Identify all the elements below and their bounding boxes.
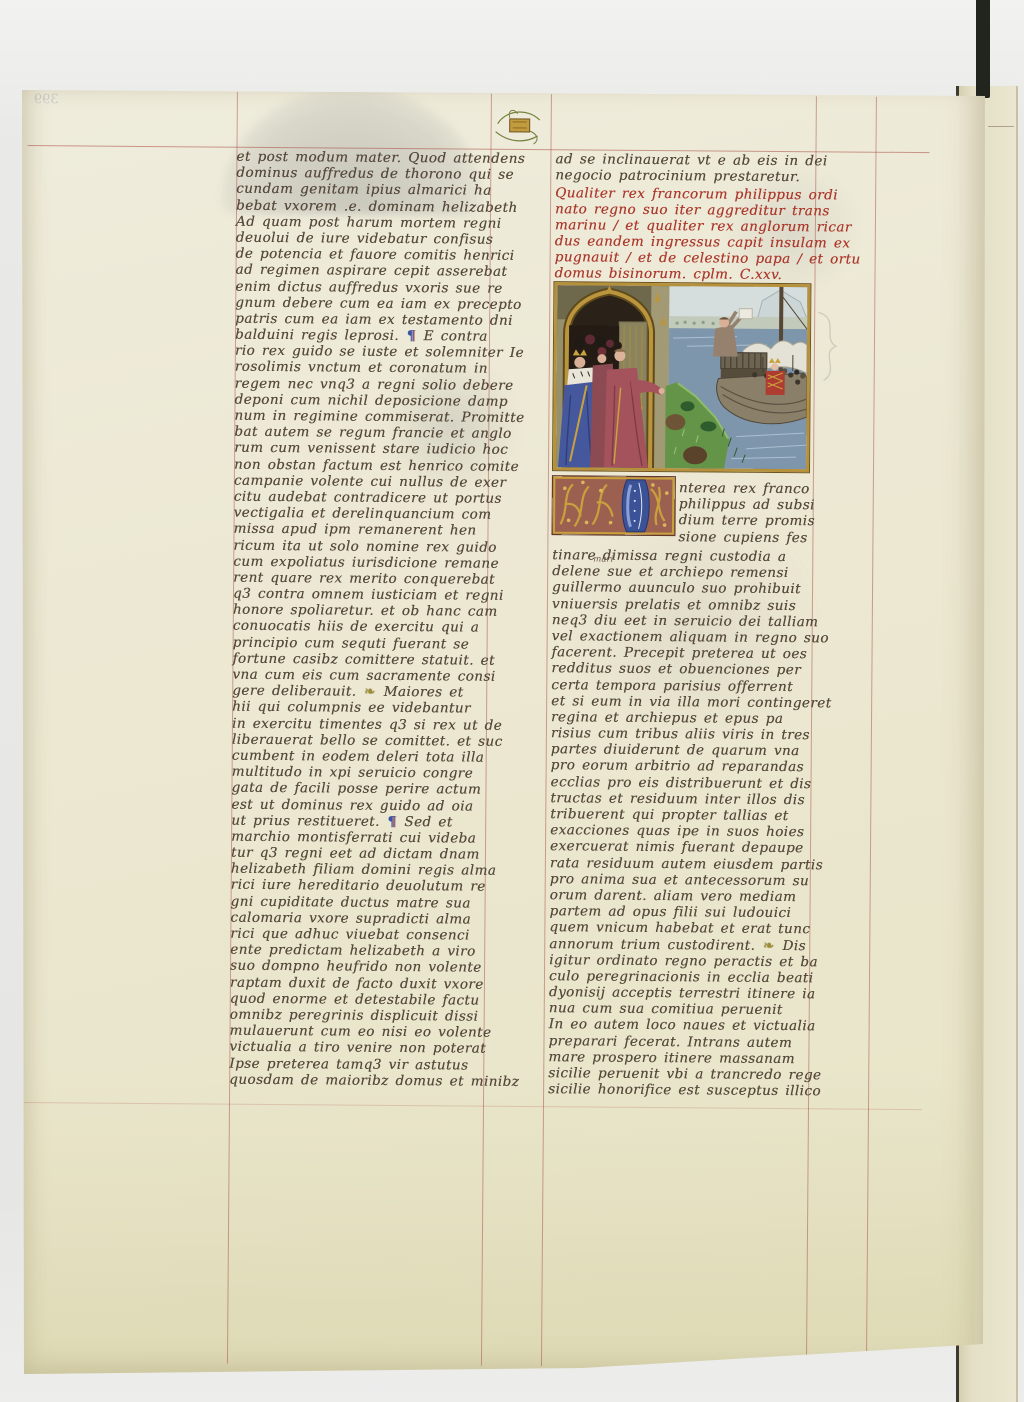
text-line: gni cupiditate ductus matre sua — [231, 893, 521, 911]
text-line: nterea rex franco — [679, 480, 815, 497]
text-beside-initial: nterea rex francophilippus ad subsidium … — [678, 480, 815, 546]
text-line: non obstan factum est henrico comite — [234, 456, 524, 474]
text-line: ricum ita ut solo nomine rex guido — [233, 537, 523, 555]
text-line: regem nec vnq3 a regni solio debere — [235, 375, 525, 393]
text-line: rum cum venissent stare iudicio hoc — [234, 440, 524, 458]
text-line: annorum trium custodirent. ❧ Dis — [549, 936, 829, 954]
text-line: quosdam de maioribz domus et minibz — [229, 1071, 519, 1089]
page-content: 399 — [12, 84, 985, 1384]
text-line: domus bisinorum. cplm. C.xxv. — [554, 265, 860, 283]
text-line: victualia a tiro venire non poterat — [229, 1039, 519, 1057]
decorated-initial-I: I — [552, 476, 674, 535]
ruling-vertical-margin — [866, 97, 877, 1369]
text-line: gata de facili posse perire actum — [231, 780, 521, 798]
parchment-tint — [12, 1064, 977, 1382]
text-line: guillermo auunculo suo prohibuit — [552, 580, 832, 598]
text-line: vniuersis prelatis et omnibz suis — [552, 596, 832, 614]
text-line: raptam duxit de facto duxit vxore — [230, 974, 520, 992]
text-line: certa tempora parisius offerrent — [551, 677, 831, 695]
text-line: conuocatis hiis de exercitu qui a — [233, 618, 523, 636]
text-line: ecclias pro eis distribuerunt et dis — [550, 774, 830, 792]
text-line: rosolimis vnctum et coronatum in — [235, 359, 525, 377]
text-line: In eo autem loco naues et victualia — [549, 1017, 829, 1035]
ruling-horizontal-bottom — [24, 1102, 922, 1110]
capitulum-mark: ¶ — [406, 328, 417, 344]
text-column-right-body: tinare dimissa regni custodia adelene su… — [548, 547, 833, 1100]
chapter-rubric: Qualiter rex francorum philippus ordinat… — [554, 185, 861, 283]
margin-flourish — [812, 308, 849, 382]
text-line: redditus suos et obuenciones per — [551, 660, 831, 678]
text-line: preparari fecerat. Intrans autem — [548, 1033, 828, 1051]
showthrough-folio-number: 399 — [34, 92, 59, 107]
text-column-right-intro: ad se inclinauerat vt e ab eis in deineg… — [555, 151, 827, 186]
capitulum-mark: ¶ — [386, 814, 397, 830]
text-line: dium terre promis — [679, 513, 815, 530]
text-line: philippus ad subsi — [679, 496, 815, 513]
bookmark-strap — [976, 0, 990, 98]
text-line: est ut dominus rex guido ad oia — [231, 796, 521, 814]
text-line: exercuerat nimis fuerant depaupe — [550, 839, 830, 857]
text-line: rici iure hereditario deuolutum re — [231, 877, 521, 895]
catchword-ornament — [494, 106, 544, 148]
gold-sprig-mark: ❧ — [363, 684, 377, 700]
gold-sprig-mark: ❧ — [762, 937, 776, 953]
text-line: bebat vxorem .e. dominam helizabeth — [236, 197, 526, 215]
photographed-manuscript: 399 — [0, 0, 1024, 1402]
text-line: sicilie honorifice est susceptus illico — [548, 1081, 828, 1099]
text-line: pro eorum arbitrio ad reparandas — [551, 758, 831, 776]
text-line: suo dompno heufrido non volente — [230, 958, 520, 976]
text-line: quem vnicum habebat et erat tunc — [549, 919, 829, 937]
text-line: rata residuum autem eiusdem partis — [550, 855, 830, 873]
text-line: missa apud ipm remanerent hen — [233, 521, 523, 539]
text-line: cundam genitam ipius almarici ha — [236, 181, 526, 199]
text-column-left: et post modum mater. Quod attendensdomin… — [229, 149, 527, 1090]
text-line: hii qui columpnis ee videbantur — [232, 699, 522, 717]
text-line: enim dictus auffredus vxoris sue re — [235, 278, 525, 296]
text-line: in exercitu timentes q3 si rex ut de — [232, 715, 522, 733]
text-line: Ipse preterea tamq3 vir astutus — [229, 1055, 519, 1073]
miniature-departure-scene — [553, 282, 810, 472]
text-line: principio cum sequti fuerant se — [233, 634, 523, 652]
text-line: sione cupiens fes — [678, 529, 814, 546]
manuscript-page: 399 — [22, 84, 985, 1376]
text-line: et si eum in via illa mori contingeret — [551, 693, 831, 711]
text-line: negocio patrocinium prestaretur. — [555, 167, 827, 185]
foredge-ruling-line — [988, 126, 1014, 127]
initial-letter-glyph — [622, 480, 649, 532]
text-line: ad regimen aspirare cepit asserebat — [235, 262, 525, 280]
